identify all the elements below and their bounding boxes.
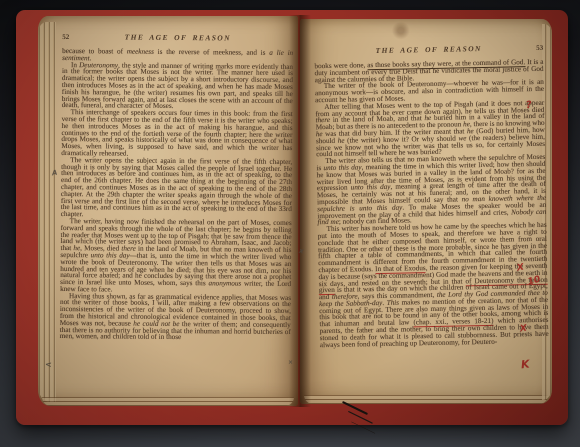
margin-annotation-letter-k: K <box>520 359 530 371</box>
running-title: THE AGE OF REASON <box>84 32 271 43</box>
right-page-text: THE AGE OF REASON 53 books were done, as… <box>314 43 549 349</box>
paragraph: The writer opens the subject again in th… <box>61 157 293 220</box>
paragraph: After telling that Moses went to the top… <box>315 100 545 159</box>
left-page-text: 52 THE AGE OF REASON because to boast of… <box>60 32 294 342</box>
page-number: 53 <box>521 44 543 52</box>
margin-annotation-letter-a: A <box>52 170 58 178</box>
gutter-annotation-x: x <box>298 248 304 256</box>
running-head: 52 THE AGE OF REASON <box>62 32 293 43</box>
margin-annotation-arrow: < <box>45 361 52 370</box>
page-body-text: books were done, as those books say they… <box>314 59 548 349</box>
book-photo-scene: 52 THE AGE OF REASON because to boast of… <box>0 0 580 447</box>
paragraph: The writer, having now finished the rehe… <box>60 218 292 295</box>
margin-annotation-x-1: X <box>516 263 524 273</box>
paragraph: This interchange of speakers occurs four… <box>61 109 292 159</box>
page-number: 52 <box>62 33 84 41</box>
paragraph: Having thus shown, as far as grammatical… <box>60 293 291 343</box>
margin-annotation-x-2: X <box>519 325 527 335</box>
page-bottom-edges <box>304 395 548 404</box>
margin-annotation-question-mark: ? <box>525 101 532 112</box>
page-bottom-edges <box>42 397 294 406</box>
margin-annotation-tick: × <box>288 360 293 366</box>
paragraph: In Deuteronomy, the style and manner of … <box>62 62 293 112</box>
paragraph: This writer has nowhere told us how he c… <box>318 222 549 349</box>
paragraph: The writer also tells us that no man kno… <box>316 154 546 226</box>
page-body-text: because to boast of meekness is the reve… <box>60 48 294 342</box>
